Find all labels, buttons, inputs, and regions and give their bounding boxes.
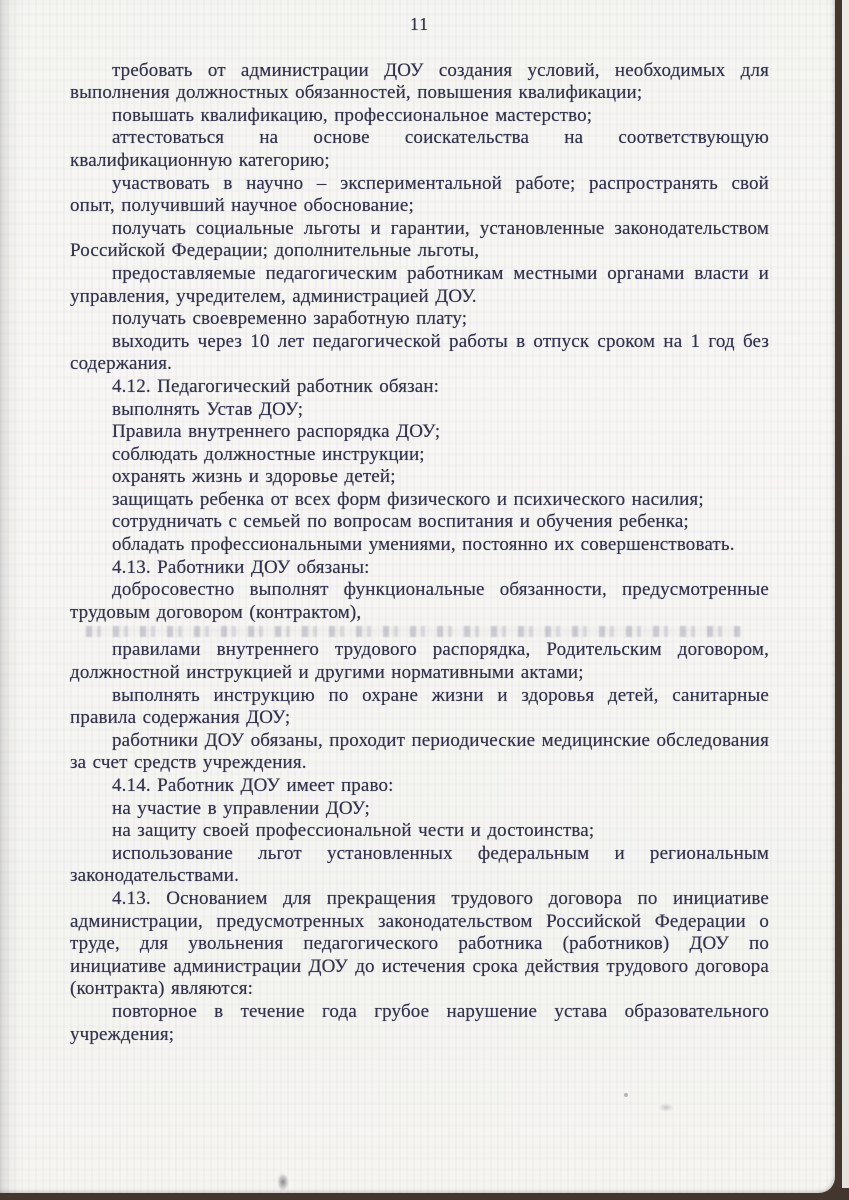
paragraph: обладать профессиональными умениями, пос… (70, 534, 769, 557)
paragraph-section-4-13: 4.13. Работники ДОУ обязаны: (70, 557, 769, 580)
paragraph: требовать от администрации ДОУ создания … (70, 60, 769, 105)
paragraph: защищать ребенка от всех форм физическог… (70, 489, 769, 512)
page-number: 11 (70, 13, 769, 36)
paragraph: охранять жизнь и здоровье детей; (70, 466, 769, 489)
paragraph: аттестоваться на основе соискательства н… (70, 127, 769, 172)
scanned-document-page: 11 требовать от администрации ДОУ создан… (0, 0, 849, 1200)
paragraph: работники ДОУ обязаны, проходит периодич… (70, 730, 769, 775)
paragraph: правилами внутреннего трудового распоряд… (70, 639, 769, 684)
paragraph: выполнять Устав ДОУ; (70, 399, 769, 422)
ink-speck-artifact (624, 1093, 628, 1097)
paragraph: предоставляемые педагогическим работника… (70, 263, 769, 308)
paragraph: получать своевременно заработную плату; (70, 308, 769, 331)
paragraph: сотрудничать с семьей по вопросам воспит… (70, 511, 769, 534)
paragraph-section-4-12: 4.12. Педагогический работник обязан: (70, 376, 769, 399)
scanner-edge-light (842, 0, 849, 1188)
paragraph: использование льгот установленных федера… (70, 843, 769, 888)
paragraph: на защиту своей профессиональной чести и… (70, 820, 769, 843)
ink-blob-artifact (277, 1173, 289, 1191)
smudge-artifact (86, 626, 742, 637)
paragraph: Правила внутреннего распорядка ДОУ; (70, 421, 769, 444)
paragraph: получать социальные льготы и гарантии, у… (70, 218, 769, 263)
paragraph-section-4-13b: 4.13. Основанием для прекращения трудово… (70, 888, 769, 1001)
paragraph: соблюдать должностные инструкции; (70, 444, 769, 467)
paragraph: добросовестно выполнят функциональные об… (70, 579, 769, 624)
paragraph: повторное в течение года грубое нарушени… (70, 1001, 769, 1046)
ink-blob-artifact (658, 1103, 674, 1112)
paragraph-section-4-14: 4.14. Работник ДОУ имеет право: (70, 775, 769, 798)
paragraph: выполнять инструкцию по охране жизни и з… (70, 685, 769, 730)
paragraph: на участие в управлении ДОУ; (70, 798, 769, 821)
paragraph: выходить через 10 лет педагогической раб… (70, 331, 769, 376)
page-text: 11 требовать от администрации ДОУ создан… (0, 0, 835, 1046)
paragraph: участвовать в научно – экспериментальной… (70, 173, 769, 218)
paragraph: повышать квалификацию, профессиональное … (70, 105, 769, 128)
